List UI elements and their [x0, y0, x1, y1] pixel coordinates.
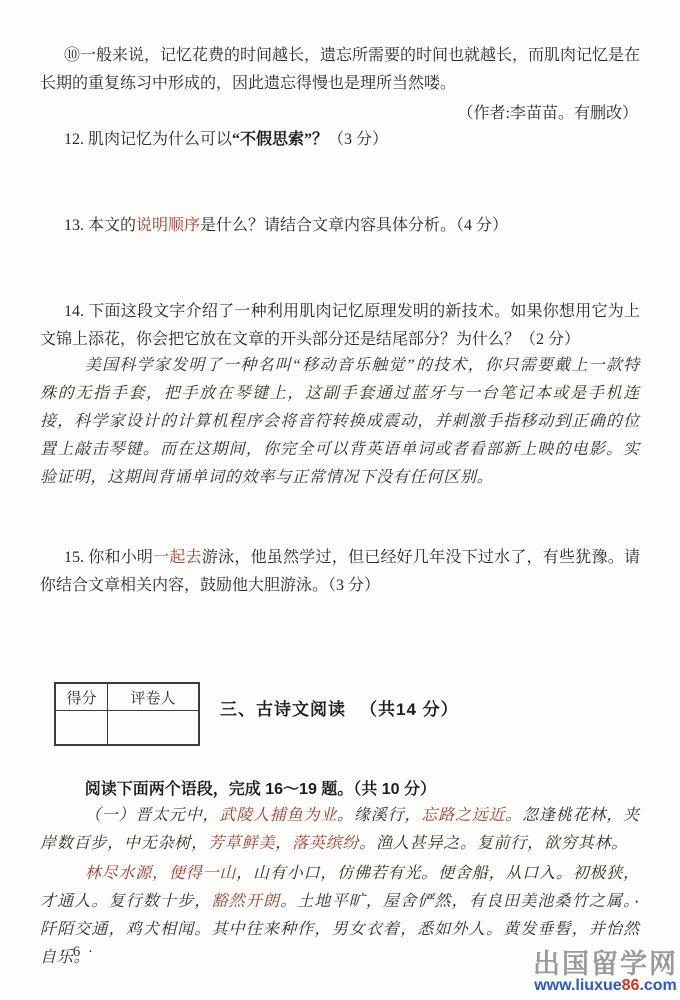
question-13: 13. 本文的说明顺序是什么？请结合文章内容具体分析。（4 分） — [40, 212, 640, 240]
question-12: 12. 肌肉记忆为什么可以“不假思索”？（3 分） — [40, 126, 640, 154]
page-number: · 6 · — [60, 944, 95, 961]
question-14: 14. 下面这段文字介绍了一种利用肌肉记忆原理发明的新技术。如果你想用它为上文锦… — [40, 298, 640, 354]
text-segment: 林尽水源，便得一山 — [85, 865, 236, 882]
text-segment: 是什么？请结合文章内容具体分析。（4 分） — [200, 217, 508, 234]
score-box-score-label: 得分 — [56, 684, 108, 711]
text-segment: 异 — [426, 835, 443, 852]
author-credit: （作者:李苗苗。有删改） — [40, 100, 640, 128]
text-segment: 15. 你和小明 — [64, 549, 153, 566]
score-box-score-field — [56, 711, 108, 744]
text-segment: 一起去 — [153, 549, 202, 566]
text-segment: 86 — [622, 977, 640, 994]
paragraph-10: ⑩一般来说，记忆花费的时间越长，遗忘所需要的时间也就越长，而肌肉记忆是在长期的重… — [40, 42, 640, 98]
text-segment: 豁然开朗 — [212, 893, 281, 910]
score-section-row: 得分 评卷人 三、古诗文阅读（共14 分） — [54, 682, 640, 746]
text-segment: 忘路之远近 — [421, 807, 505, 824]
text-segment: 13. 本文的 — [64, 217, 136, 234]
watermark-site-name: 出国留学网 — [533, 950, 678, 978]
text-segment: 属 — [606, 893, 623, 910]
score-box: 得分 评卷人 — [54, 682, 200, 746]
text-segment: 落英缤纷 — [292, 835, 359, 852]
text-segment: 之。复前行，欲穷其林。 — [443, 835, 628, 852]
section-3-title: 三、古诗文阅读 — [220, 700, 346, 719]
text-segment: 。缘溪行， — [337, 807, 421, 824]
section-3-heading: 三、古诗文阅读（共14 分） — [220, 695, 459, 720]
text-segment: 武陵人捕鱼为业 — [219, 807, 337, 824]
text-segment: 舍 — [455, 865, 472, 882]
question-15: 15. 你和小明一起去游泳，他虽然学过，但已经好几年没下过水了，有些犹豫。请你结… — [40, 544, 640, 600]
text-segment: 俨 — [417, 893, 434, 910]
section-3-score: （共14 分） — [360, 700, 459, 719]
text-segment: （3 分） — [328, 131, 388, 148]
text-segment: .com — [639, 977, 676, 994]
text-segment: （一）晋太元中， — [85, 807, 220, 824]
text-segment: ， — [275, 835, 292, 852]
score-box-grader-field — [108, 711, 198, 744]
question-14-quoted-passage: 美国科学家发明了一种名叫“移动音乐触觉”的技术，你只需要戴上一款特殊的无指手套，… — [40, 352, 640, 492]
text-segment: 。土地平旷，屋舍 — [280, 893, 417, 910]
watermark: 出国留学网 www.liuxue86.com — [533, 950, 678, 995]
reading-instruction: 阅读下面两个语段，完成 16～19 题。（共 10 分） — [40, 776, 640, 804]
watermark-site-url: www.liuxue86.com — [533, 978, 678, 995]
text-segment: ，山有小口，仿佛若有光。便 — [236, 865, 455, 882]
score-box-grader-label: 评卷人 — [108, 684, 198, 711]
exam-paper-page: ⑩一般来说，记忆花费的时间越长，遗忘所需要的时间也就越长，而肌肉记忆是在长期的重… — [0, 0, 680, 1000]
text-segment: 然，有良田美池桑竹之 — [435, 893, 607, 910]
text-segment: “不假思索”？ — [232, 131, 328, 148]
text-segment: 说明顺序 — [136, 217, 200, 234]
text-segment: www.liuxue — [534, 977, 621, 994]
passage-1-paragraph-1: （一）晋太元中，武陵人捕鱼为业。缘溪行，忘路之远近。忽逢桃花林，夹岸数百步，中无… — [40, 802, 640, 858]
text-segment: 12. 肌肉记忆为什么可以 — [64, 131, 232, 148]
text-segment: 芳草鲜美 — [208, 835, 275, 852]
